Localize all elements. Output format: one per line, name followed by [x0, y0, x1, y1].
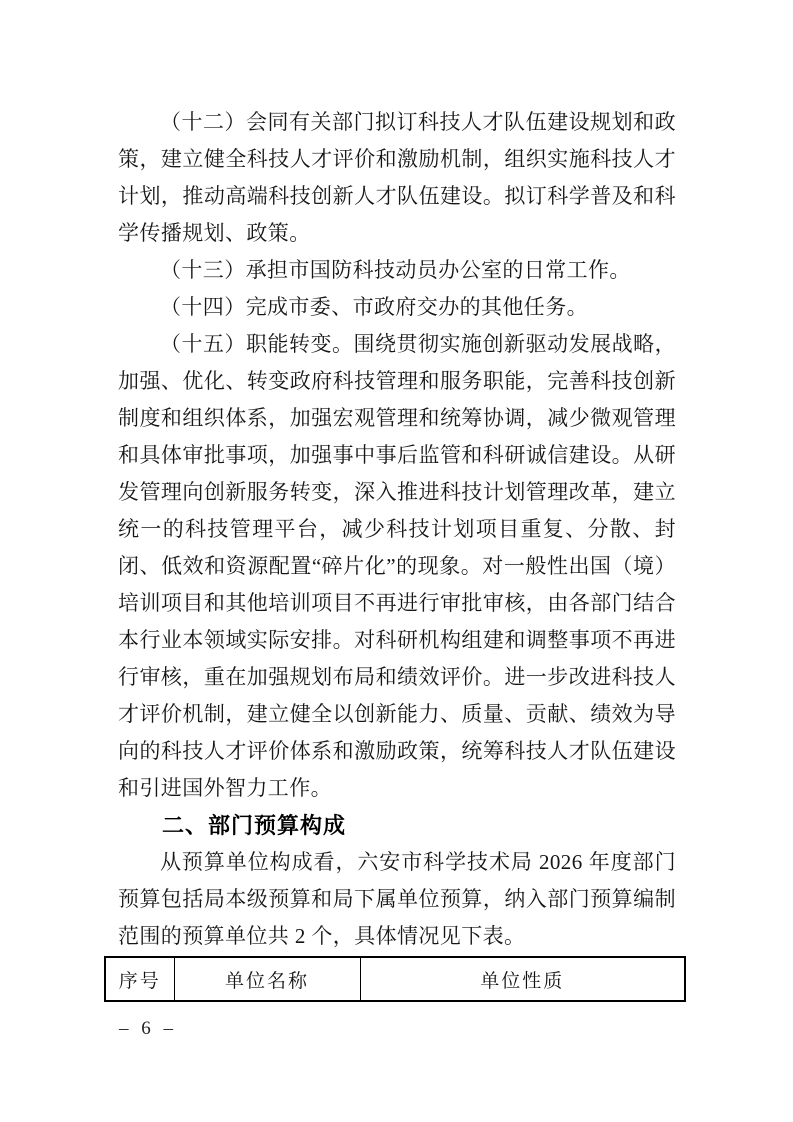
body-paragraph-13: （十三）承担市国防科技动员办公室的日常工作。	[118, 252, 676, 289]
body-paragraph-12: （十二）会同有关部门拟订科技人才队伍建设规划和政策，建立健全科技人才评价和激励机…	[118, 104, 676, 252]
document-page: （十二）会同有关部门拟订科技人才队伍建设规划和政策，建立健全科技人才评价和激励机…	[0, 0, 793, 1122]
table-header-cell-unit-type: 单位性质	[360, 957, 685, 1001]
section-heading: 二、部门预算构成	[118, 807, 676, 844]
budget-units-table: 序号 单位名称 单位性质	[104, 956, 686, 1002]
section-intro-paragraph: 从预算单位构成看，六安市科学技术局 2026 年度部门预算包括局本级预算和局下属…	[118, 844, 676, 955]
body-paragraph-14: （十四）完成市委、市政府交办的其他任务。	[118, 289, 676, 326]
page-content: （十二）会同有关部门拟订科技人才队伍建设规划和政策，建立健全科技人才评价和激励机…	[118, 104, 676, 1002]
table-header-row: 序号 单位名称 单位性质	[105, 957, 685, 1001]
page-number: – 6 –	[119, 1018, 177, 1040]
table-header-cell-index: 序号	[105, 957, 174, 1001]
body-paragraph-15: （十五）职能转变。围绕贯彻实施创新驱动发展战略，加强、优化、转变政府科技管理和服…	[118, 326, 676, 807]
table-header-cell-unit-name: 单位名称	[174, 957, 360, 1001]
